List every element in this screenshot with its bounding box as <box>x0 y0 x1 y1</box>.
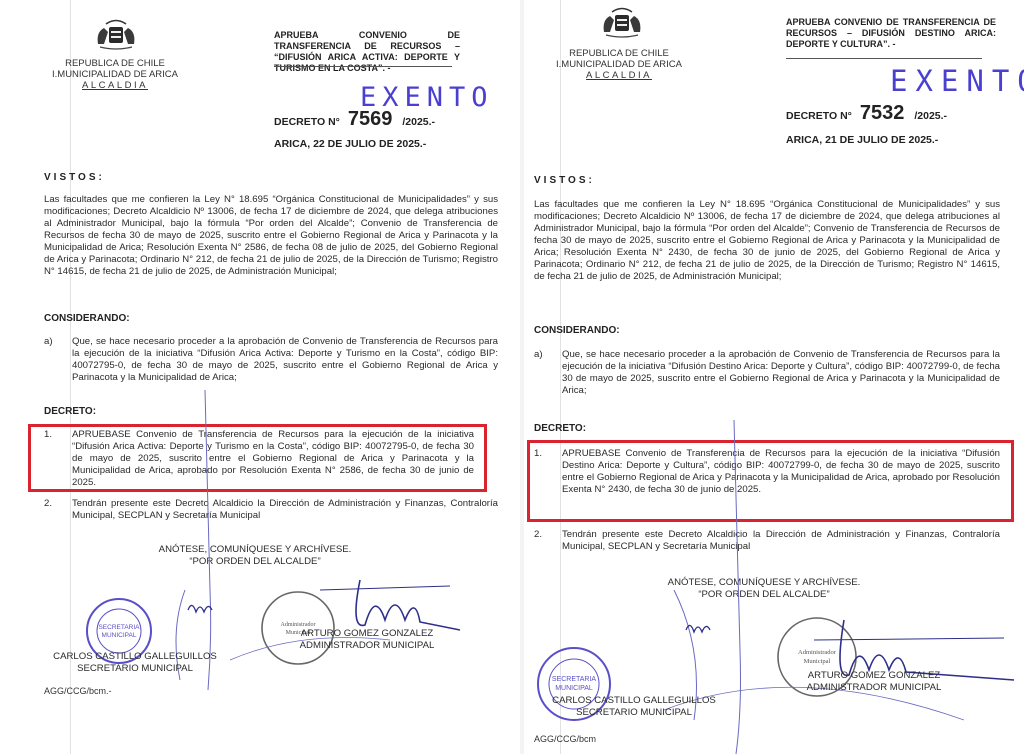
decree-number-line: DECRETO N°7532/2025.- <box>786 102 947 125</box>
decreto-heading: DECRETO: <box>44 406 96 417</box>
decree-document-7532: REPUBLICA DE CHILE I.MUNICIPALIDAD DE AR… <box>524 0 1024 754</box>
item-label: 2. <box>44 498 52 510</box>
vistos-text: Las facultades que me confieren la Ley N… <box>534 199 1000 283</box>
closing-line-2: “POR ORDEN DEL ALCALDE” <box>140 556 370 568</box>
item-label: 1. <box>44 429 52 441</box>
item-text: Que, se hace necesario proceder a la apr… <box>72 336 498 384</box>
decree-document-7569: REPUBLICA DE CHILE I.MUNICIPALIDAD DE AR… <box>0 0 520 754</box>
exento-stamp: EXENTO <box>890 64 1024 98</box>
letterhead-municipality: I.MUNICIPALIDAD DE ARICA <box>50 69 180 80</box>
item-text: Que, se hace necesario proceder a la apr… <box>562 349 1000 397</box>
signatory-name: CARLOS CASTILLO GALLEGUILLOS <box>20 651 250 663</box>
document-title: APRUEBA CONVENIO DE TRANSFERENCIA DE REC… <box>786 17 996 50</box>
considerando-heading: CONSIDERANDO: <box>44 313 130 324</box>
decreto-item: 2. Tendrán presente este Decreto Alcaldi… <box>534 529 1000 553</box>
item-label: 2. <box>534 529 542 541</box>
decree-date: ARICA, 22 DE JULIO DE 2025.- <box>274 138 426 150</box>
svg-text:SECRETARIA: SECRETARIA <box>552 676 597 683</box>
considerando-item: a) Que, se hace necesario proceder a la … <box>534 349 1000 397</box>
letterhead: REPUBLICA DE CHILE I.MUNICIPALIDAD DE AR… <box>554 48 684 81</box>
signatory-secretario: CARLOS CASTILLO GALLEGUILLOS SECRETARIO … <box>524 695 744 719</box>
svg-text:MUNICIPAL: MUNICIPAL <box>102 632 137 639</box>
signatory-secretario: CARLOS CASTILLO GALLEGUILLOS SECRETARIO … <box>20 651 250 675</box>
considerando-item: a) Que, se hace necesario proceder a la … <box>44 336 498 384</box>
letterhead-country: REPUBLICA DE CHILE <box>554 48 684 59</box>
document-title: APRUEBA CONVENIO DE TRANSFERENCIA DE REC… <box>274 30 460 74</box>
decree-number: 7532 <box>860 102 905 124</box>
signatory-role: ADMINISTRADOR MUNICIPAL <box>774 682 974 694</box>
item-text: Tendrán presente este Decreto Alcaldicio… <box>72 498 498 522</box>
decreto-item: 1. APRUEBASE Convenio de Transferencia d… <box>44 429 474 489</box>
coat-of-arms-icon <box>84 18 148 54</box>
decree-prefix: DECRETO N° <box>786 110 852 122</box>
decree-suffix: /2025.- <box>914 110 947 122</box>
title-underline <box>786 58 982 59</box>
signatory-role: SECRETARIO MUNICIPAL <box>524 707 744 719</box>
item-label: a) <box>534 349 543 361</box>
item-label: 1. <box>534 448 542 460</box>
svg-text:Administrador: Administrador <box>798 649 837 656</box>
title-underline <box>274 66 452 67</box>
signatory-administrador: ARTURO GOMEZ GONZALEZ ADMINISTRADOR MUNI… <box>774 670 974 694</box>
decree-suffix: /2025.- <box>402 116 435 128</box>
closing-line-2: “POR ORDEN DEL ALCALDE” <box>644 589 884 601</box>
letterhead-office: ALCALDIA <box>554 70 684 81</box>
letterhead-country: REPUBLICA DE CHILE <box>50 58 180 69</box>
item-text: APRUEBASE Convenio de Transferencia de R… <box>562 448 1000 496</box>
signatory-role: ADMINISTRADOR MUNICIPAL <box>272 640 462 652</box>
decree-number: 7569 <box>348 108 393 130</box>
closing-line-1: ANÓTESE, COMUNÍQUESE Y ARCHÍVESE. <box>644 577 884 589</box>
decreto-heading: DECRETO: <box>534 423 586 434</box>
initials: AGG/CCG/bcm <box>534 734 596 744</box>
signatory-name: ARTURO GOMEZ GONZALEZ <box>272 628 462 640</box>
decree-prefix: DECRETO N° <box>274 116 340 128</box>
signatory-name: ARTURO GOMEZ GONZALEZ <box>774 670 974 682</box>
item-text: Tendrán presente este Decreto Alcaldicio… <box>562 529 1000 553</box>
svg-text:SECRETARIA: SECRETARIA <box>98 624 140 631</box>
initials: AGG/CCG/bcm.- <box>44 686 112 696</box>
decreto-item: 1. APRUEBASE Convenio de Transferencia d… <box>534 448 1000 496</box>
letterhead: REPUBLICA DE CHILE I.MUNICIPALIDAD DE AR… <box>50 58 180 91</box>
considerando-heading: CONSIDERANDO: <box>534 325 620 336</box>
vistos-text: Las facultades que me confieren la Ley N… <box>44 194 498 278</box>
signatory-role: SECRETARIO MUNICIPAL <box>20 663 250 675</box>
decree-number-line: DECRETO N°7569/2025.- <box>274 108 435 131</box>
item-label: a) <box>44 336 53 348</box>
signatory-administrador: ARTURO GOMEZ GONZALEZ ADMINISTRADOR MUNI… <box>272 628 462 652</box>
decree-date: ARICA, 21 DE JULIO DE 2025.- <box>786 134 938 146</box>
signatory-name: CARLOS CASTILLO GALLEGUILLOS <box>524 695 744 707</box>
decreto-item: 2. Tendrán presente este Decreto Alcaldi… <box>44 498 498 522</box>
vistos-heading: VISTOS: <box>44 172 105 183</box>
closing-line-1: ANÓTESE, COMUNÍQUESE Y ARCHÍVESE. <box>140 544 370 556</box>
svg-text:Municipal: Municipal <box>804 658 831 665</box>
letterhead-office: ALCALDIA <box>50 80 180 91</box>
vistos-heading: VISTOS: <box>534 175 595 186</box>
coat-of-arms-icon <box>590 6 654 42</box>
closing-formula: ANÓTESE, COMUNÍQUESE Y ARCHÍVESE. “POR O… <box>644 577 884 601</box>
closing-formula: ANÓTESE, COMUNÍQUESE Y ARCHÍVESE. “POR O… <box>140 544 370 568</box>
letterhead-municipality: I.MUNICIPALIDAD DE ARICA <box>554 59 684 70</box>
item-text: APRUEBASE Convenio de Transferencia de R… <box>72 429 474 489</box>
